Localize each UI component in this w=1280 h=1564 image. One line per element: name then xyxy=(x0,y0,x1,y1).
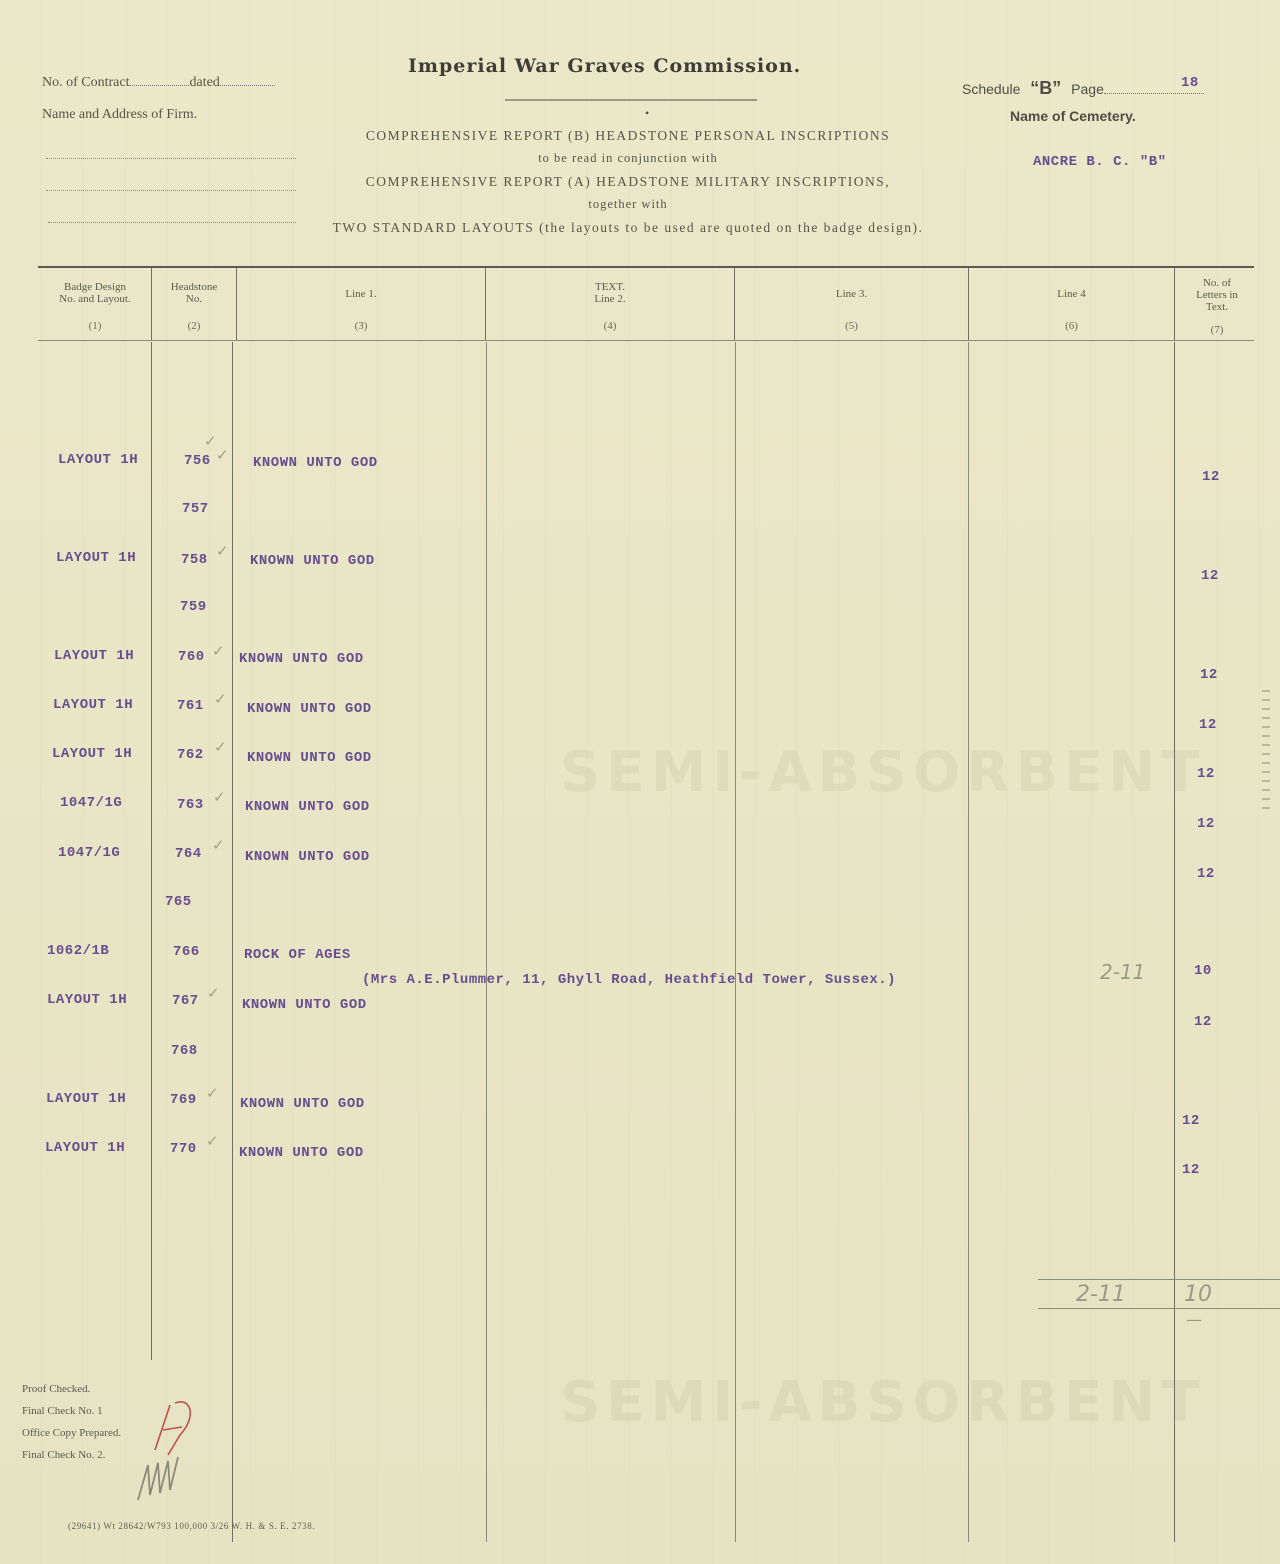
check-mark-icon: ✓ xyxy=(213,788,226,806)
commission-title: Imperial War Graves Commission. xyxy=(408,55,801,77)
row-letters: 12 xyxy=(1197,866,1215,882)
cemetery-label: Name of Cemetery. xyxy=(1010,108,1136,124)
cemetery-name: ANCRE B. C. "B" xyxy=(1033,154,1167,170)
col-header-badge: Badge Design No. and Layout. xyxy=(40,281,150,305)
col-num: (1) xyxy=(40,320,150,332)
row-line1: ROCK OF AGES xyxy=(244,947,351,963)
paper-speckle xyxy=(1262,690,1270,810)
row-layout: LAYOUT 1H xyxy=(45,1140,125,1156)
firm-address-line xyxy=(48,222,296,223)
col-header-line3: Line 3. xyxy=(735,288,968,300)
col-num: (7) xyxy=(1175,324,1259,336)
check-mark-icon: ✓ xyxy=(214,738,227,756)
check-mark-icon: ✓ xyxy=(204,432,217,450)
row-headstone: 769 xyxy=(170,1092,197,1108)
row-letters: 12 xyxy=(1201,568,1219,584)
row-line1: KNOWN UNTO GOD xyxy=(242,997,367,1013)
row-layout: LAYOUT 1H xyxy=(46,1091,126,1107)
row-line1: KNOWN UNTO GOD xyxy=(253,455,378,471)
row-headstone: 756 xyxy=(184,453,211,469)
col-divider xyxy=(232,342,233,1542)
watermark-semi-absorbent: SEMI-ABSORBENT xyxy=(560,740,1205,805)
row-layout: LAYOUT 1H xyxy=(56,550,136,566)
row-headstone: 765 xyxy=(165,894,192,910)
row-line1: KNOWN UNTO GOD xyxy=(250,553,375,569)
row-layout: 1062/1B xyxy=(47,943,109,959)
col-header-headstone: Headstone No. xyxy=(152,281,236,305)
row-headstone: 766 xyxy=(173,944,200,960)
row-letters: 12 xyxy=(1197,766,1215,782)
row-headstone: 760 xyxy=(178,649,205,665)
report-a-heading: COMPREHENSIVE REPORT (A) HEADSTONE MILIT… xyxy=(328,174,928,190)
row-headstone: 758 xyxy=(181,552,208,568)
row-letters: 12 xyxy=(1182,1113,1200,1129)
pencil-dash: — xyxy=(1186,1310,1202,1329)
watermark-semi-absorbent: SEMI-ABSORBENT xyxy=(560,1370,1205,1435)
row-layout: 1047/1G xyxy=(60,795,122,811)
row-line1: KNOWN UNTO GOD xyxy=(245,849,370,865)
col-header-letters: No. of Letters in Text. xyxy=(1175,277,1259,313)
check-mark-icon: ✓ xyxy=(206,1132,219,1150)
row-letters: 12 xyxy=(1199,717,1217,733)
table-top-rule xyxy=(38,266,1254,268)
bullet: • xyxy=(645,106,649,121)
col-num: (3) xyxy=(237,320,485,332)
table-header-rule xyxy=(38,340,1254,341)
totals-rule xyxy=(1038,1279,1280,1280)
row-headstone: 770 xyxy=(170,1141,197,1157)
row-headstone: 761 xyxy=(177,698,204,714)
row-layout: 1047/1G xyxy=(58,845,120,861)
row-letters: 12 xyxy=(1197,816,1215,832)
check-mark-icon: ✓ xyxy=(207,984,220,1002)
row-headstone: 763 xyxy=(177,797,204,813)
layouts-text: TWO STANDARD LAYOUTS (the layouts to be … xyxy=(328,220,928,236)
document-page: SEMI-ABSORBENT SEMI-ABSORBENT No. of Con… xyxy=(0,0,1280,1564)
row-address-note: (Mrs A.E.Plummer, 11, Ghyll Road, Heathf… xyxy=(362,972,896,988)
pencil-note: 2-11 xyxy=(1100,960,1145,984)
row-letters: 12 xyxy=(1202,469,1220,485)
totals-rule xyxy=(1038,1308,1280,1309)
row-headstone: 762 xyxy=(177,747,204,763)
row-line1: KNOWN UNTO GOD xyxy=(240,1096,365,1112)
col-num: (6) xyxy=(969,320,1174,332)
row-layout: LAYOUT 1H xyxy=(53,697,133,713)
row-letters: 12 xyxy=(1194,1014,1212,1030)
row-headstone: 757 xyxy=(182,501,209,517)
office-copy-label: Office Copy Prepared. xyxy=(22,1422,121,1444)
row-line1: KNOWN UNTO GOD xyxy=(247,701,372,717)
col-divider xyxy=(735,342,736,1542)
printer-imprint: (29641) Wt 28642/W793 100,000 3/26 W. H.… xyxy=(68,1521,315,1531)
check-list: Proof Checked. Final Check No. 1 Office … xyxy=(22,1378,121,1466)
pencil-total-left: 2-11 xyxy=(1076,1282,1126,1307)
row-headstone: 768 xyxy=(171,1043,198,1059)
schedule-field: Schedule “B” Page xyxy=(962,78,1204,99)
contract-field: No. of Contractdated xyxy=(42,75,275,91)
row-headstone: 759 xyxy=(180,599,207,615)
signature-initials-icon xyxy=(130,1395,210,1505)
firm-address-line xyxy=(46,190,296,191)
row-line1: KNOWN UNTO GOD xyxy=(245,799,370,815)
firm-label: Name and Address of Firm. xyxy=(42,107,197,123)
col-header-line1: Line 1. xyxy=(237,288,485,300)
report-b-heading: COMPREHENSIVE REPORT (B) HEADSTONE PERSO… xyxy=(328,128,928,144)
col-divider xyxy=(1174,342,1175,1542)
row-letters: 10 xyxy=(1194,963,1212,979)
firm-address-line xyxy=(46,158,296,159)
col-divider xyxy=(151,342,152,1360)
row-letters: 12 xyxy=(1182,1162,1200,1178)
col-header-line4: Line 4 xyxy=(969,288,1174,300)
row-layout: LAYOUT 1H xyxy=(47,992,127,1008)
row-headstone: 764 xyxy=(175,846,202,862)
final-check-2-label: Final Check No. 2. xyxy=(22,1444,121,1466)
check-mark-icon: ✓ xyxy=(216,542,229,560)
row-layout: LAYOUT 1H xyxy=(52,746,132,762)
col-divider xyxy=(486,342,487,1542)
final-check-1-label: Final Check No. 1 xyxy=(22,1400,121,1422)
check-mark-icon: ✓ xyxy=(216,446,229,464)
schedule-value: “B” xyxy=(1030,78,1061,98)
row-letters: 12 xyxy=(1200,667,1218,683)
row-line1: KNOWN UNTO GOD xyxy=(239,651,364,667)
col-num: (5) xyxy=(735,320,968,332)
check-mark-icon: ✓ xyxy=(214,690,227,708)
check-mark-icon: ✓ xyxy=(212,836,225,854)
together-text: together with xyxy=(328,197,928,212)
row-line1: KNOWN UNTO GOD xyxy=(239,1145,364,1161)
check-mark-icon: ✓ xyxy=(212,642,225,660)
col-num: (2) xyxy=(152,320,236,332)
page-number: 18 xyxy=(1181,75,1199,91)
row-line1: KNOWN UNTO GOD xyxy=(247,750,372,766)
row-layout: LAYOUT 1H xyxy=(54,648,134,664)
col-num: (4) xyxy=(486,320,734,332)
proof-checked-label: Proof Checked. xyxy=(22,1378,121,1400)
title-divider xyxy=(505,99,757,101)
row-headstone: 767 xyxy=(172,993,199,1009)
check-mark-icon: ✓ xyxy=(206,1084,219,1102)
col-header-line2: TEXT. Line 2. xyxy=(486,281,734,305)
conjunction-text: to be read in conjunction with xyxy=(328,151,928,166)
pencil-total-right: 10 xyxy=(1184,1282,1212,1307)
col-divider xyxy=(968,342,969,1542)
row-layout: LAYOUT 1H xyxy=(58,452,138,468)
